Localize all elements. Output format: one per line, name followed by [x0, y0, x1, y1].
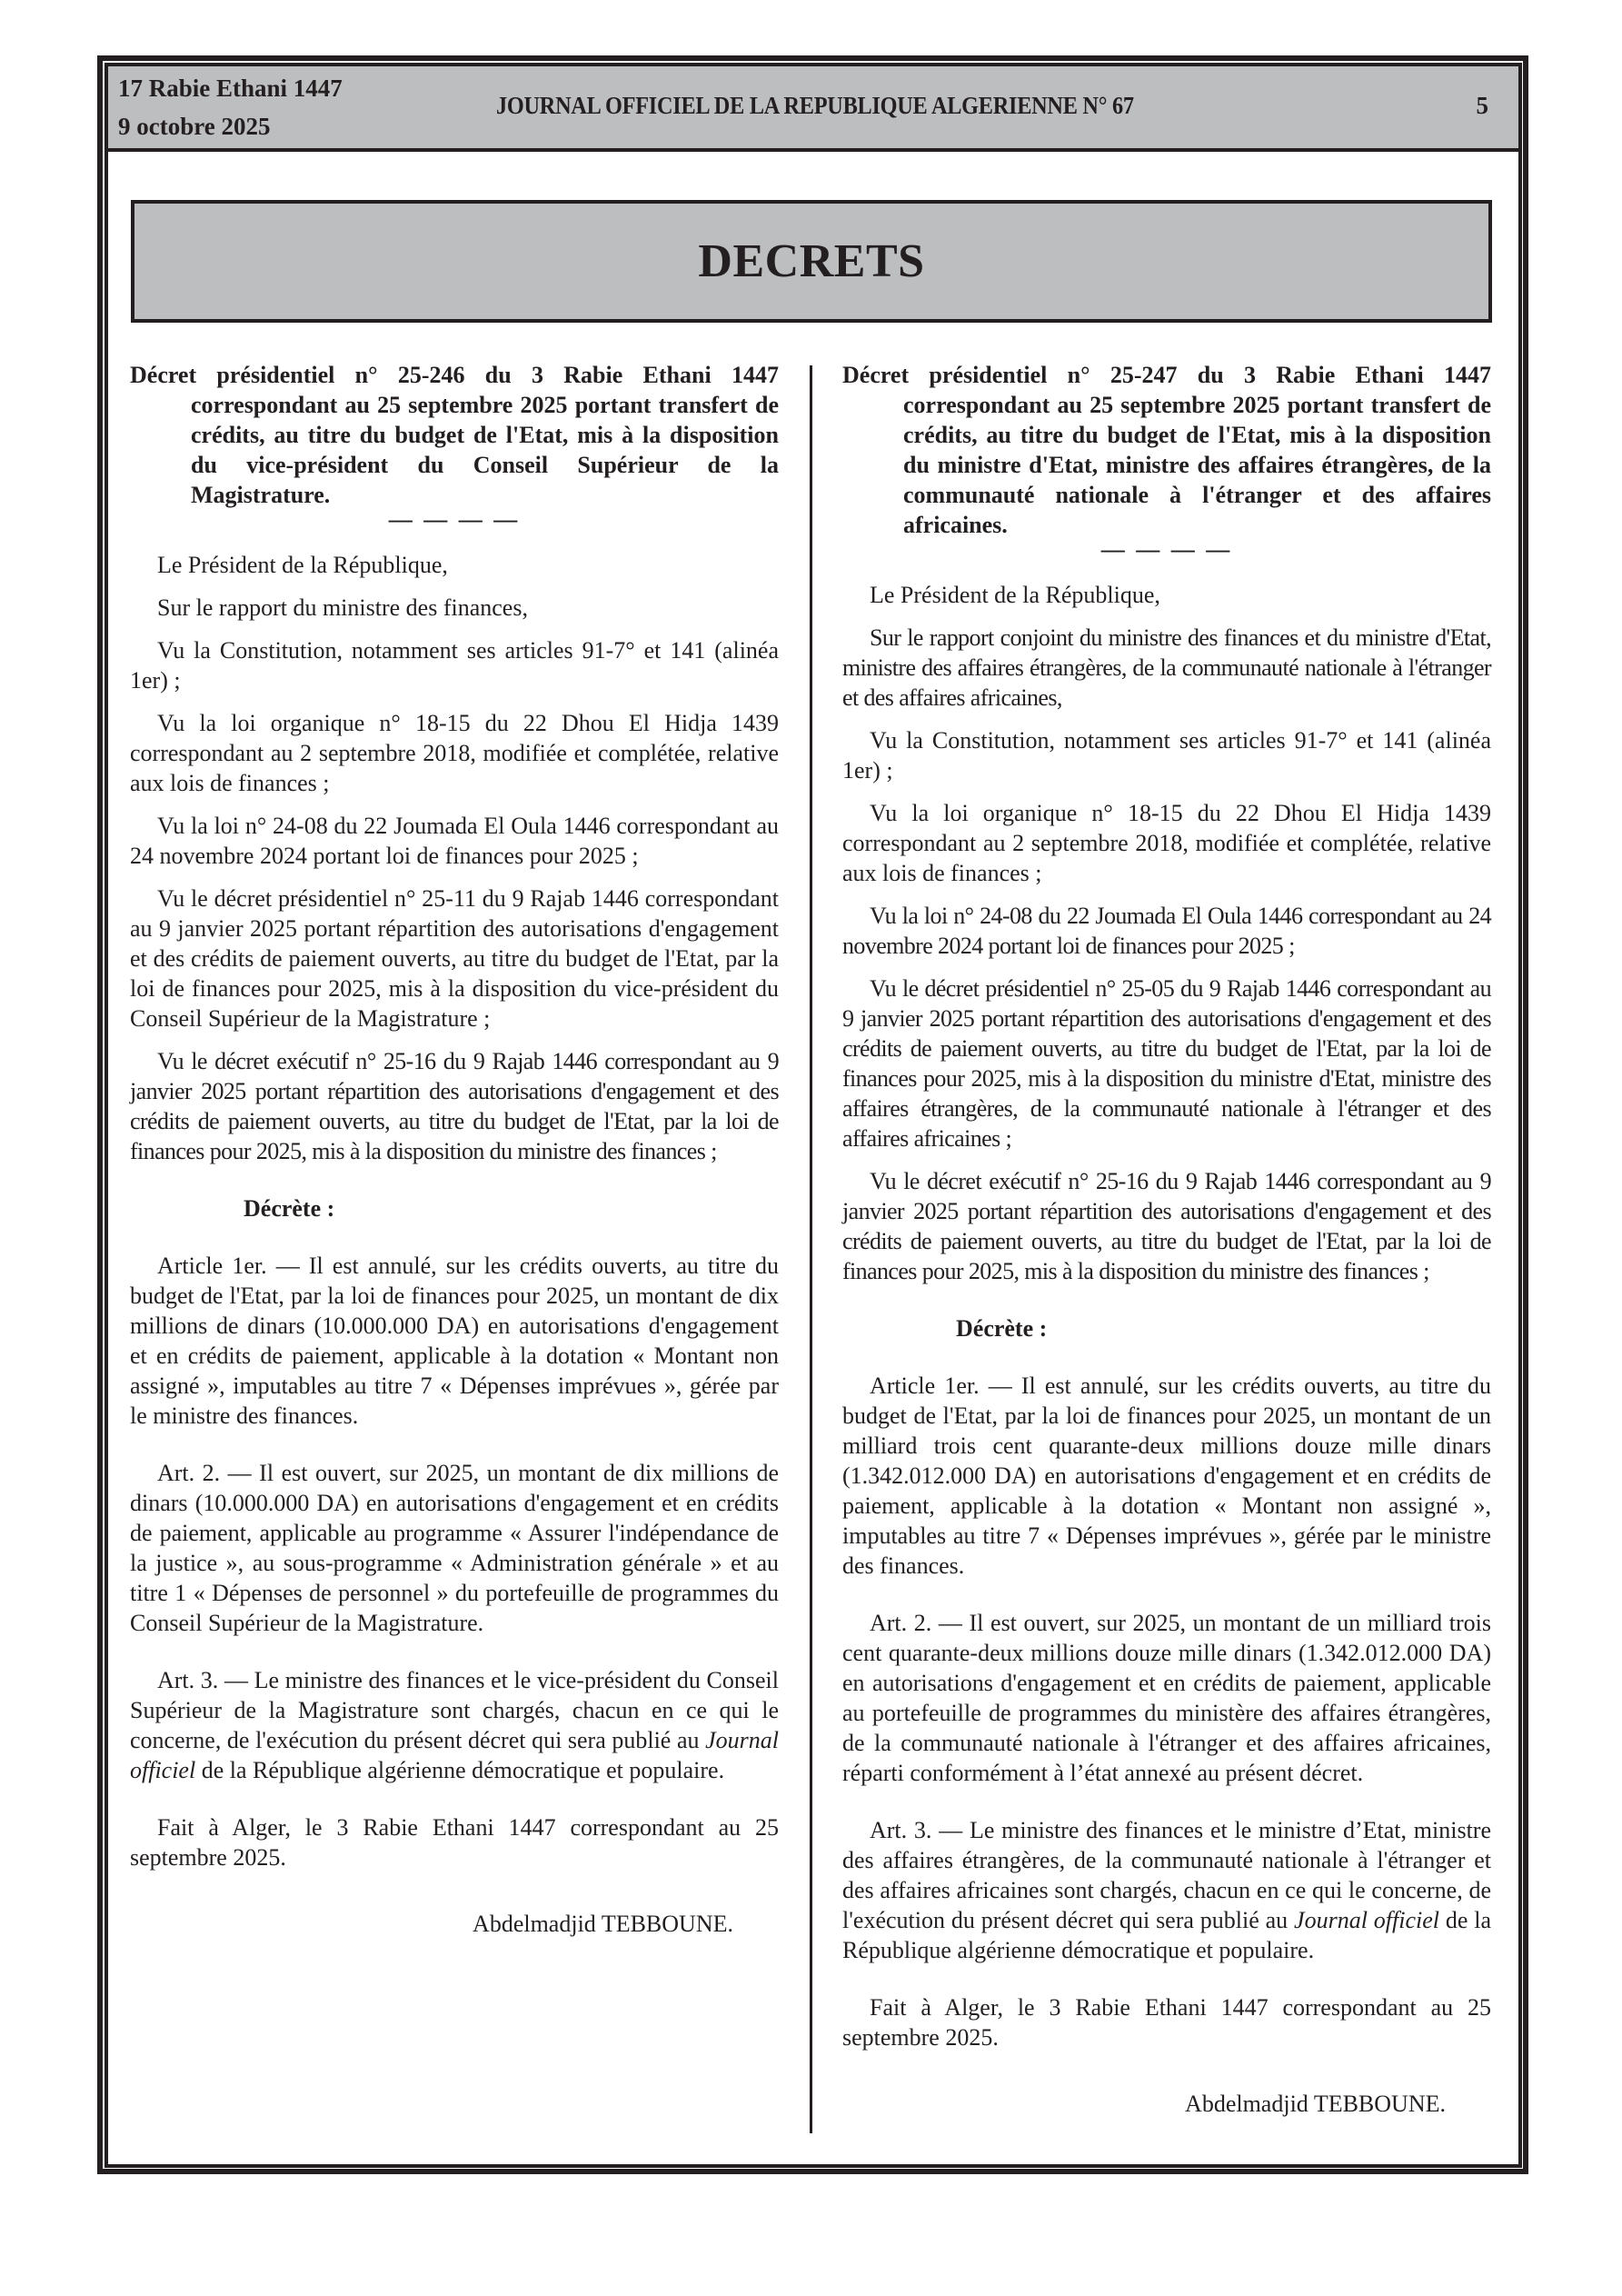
decree-title: Décret présidentiel n° 25-246 du 3 Rabie…: [130, 360, 779, 510]
article-3-text-end: de la République algérienne démocratique…: [195, 1757, 724, 1783]
decree-column-right: Décret présidentiel n° 25-247 du 3 Rabie…: [842, 360, 1491, 2142]
signature: Abdelmadjid TEBBOUNE.: [842, 2089, 1491, 2119]
preamble-paragraph: Vu la Constitution, notamment ses articl…: [130, 635, 779, 695]
preamble-paragraph: Vu la loi n° 24-08 du 22 Joumada El Oula…: [130, 811, 779, 871]
decrete-label: Décrète :: [130, 1193, 779, 1223]
decree-title: Décret présidentiel n° 25-247 du 3 Rabie…: [842, 360, 1491, 540]
hijri-date: 17 Rabie Ethani 1447: [118, 75, 343, 102]
preamble-paragraph: Vu le décret exécutif n° 25-16 du 9 Raja…: [130, 1046, 779, 1166]
done-at: Fait à Alger, le 3 Rabie Ethani 1447 cor…: [130, 1812, 779, 1872]
column-divider: [810, 365, 812, 2133]
running-header: 17 Rabie Ethani 1447 9 octobre 2025 JOUR…: [108, 66, 1518, 152]
decrete-label: Décrète :: [842, 1313, 1491, 1343]
article-1: Article 1er. — Il est annulé, sur les cr…: [842, 1371, 1491, 1581]
article-3: Art. 3. — Le ministre des finances et le…: [842, 1815, 1491, 1965]
preamble-paragraph: Vu la loi n° 24-08 du 22 Joumada El Oula…: [842, 901, 1491, 961]
done-at: Fait à Alger, le 3 Rabie Ethani 1447 cor…: [842, 1992, 1491, 2052]
title-separator: — — — —: [842, 540, 1491, 560]
preamble-paragraph: Le Président de la République,: [842, 580, 1491, 610]
article-2: Art. 2. — Il est ouvert, sur 2025, un mo…: [130, 1458, 779, 1638]
signature: Abdelmadjid TEBBOUNE.: [130, 1909, 779, 1939]
article-3: Art. 3. — Le ministre des finances et le…: [130, 1665, 779, 1785]
preamble-paragraph: Vu la loi organique n° 18-15 du 22 Dhou …: [130, 708, 779, 798]
article-2: Art. 2. — Il est ouvert, sur 2025, un mo…: [842, 1608, 1491, 1788]
article-1: Article 1er. — Il est annulé, sur les cr…: [130, 1251, 779, 1431]
gregorian-date: 9 octobre 2025: [118, 113, 270, 140]
decree-column-left: Décret présidentiel n° 25-246 du 3 Rabie…: [130, 360, 779, 1962]
preamble-paragraph: Vu le décret exécutif n° 25-16 du 9 Raja…: [842, 1166, 1491, 1286]
section-banner: DECRETS: [131, 200, 1492, 323]
journal-officiel-italic: Journal officiel: [1294, 1907, 1439, 1933]
preamble-paragraph: Sur le rapport du ministre des finances,: [130, 593, 779, 623]
page-number: 5: [1477, 92, 1489, 120]
preamble-paragraph: Vu la loi organique n° 18-15 du 22 Dhou …: [842, 798, 1491, 888]
preamble-paragraph: Vu le décret présidentiel n° 25-11 du 9 …: [130, 883, 779, 1033]
preamble-paragraph: Vu la Constitution, notamment ses articl…: [842, 725, 1491, 785]
journal-title: JOURNAL OFFICIEL DE LA REPUBLIQUE ALGERI…: [496, 92, 1134, 120]
section-title: DECRETS: [698, 235, 924, 288]
preamble-paragraph: Vu le décret présidentiel n° 25-05 du 9 …: [842, 973, 1491, 1153]
title-separator: — — — —: [130, 510, 779, 530]
preamble-paragraph: Sur le rapport conjoint du ministre des …: [842, 623, 1491, 713]
article-3-text: Art. 3. — Le ministre des finances et le…: [130, 1667, 779, 1753]
preamble-paragraph: Le Président de la République,: [130, 550, 779, 580]
